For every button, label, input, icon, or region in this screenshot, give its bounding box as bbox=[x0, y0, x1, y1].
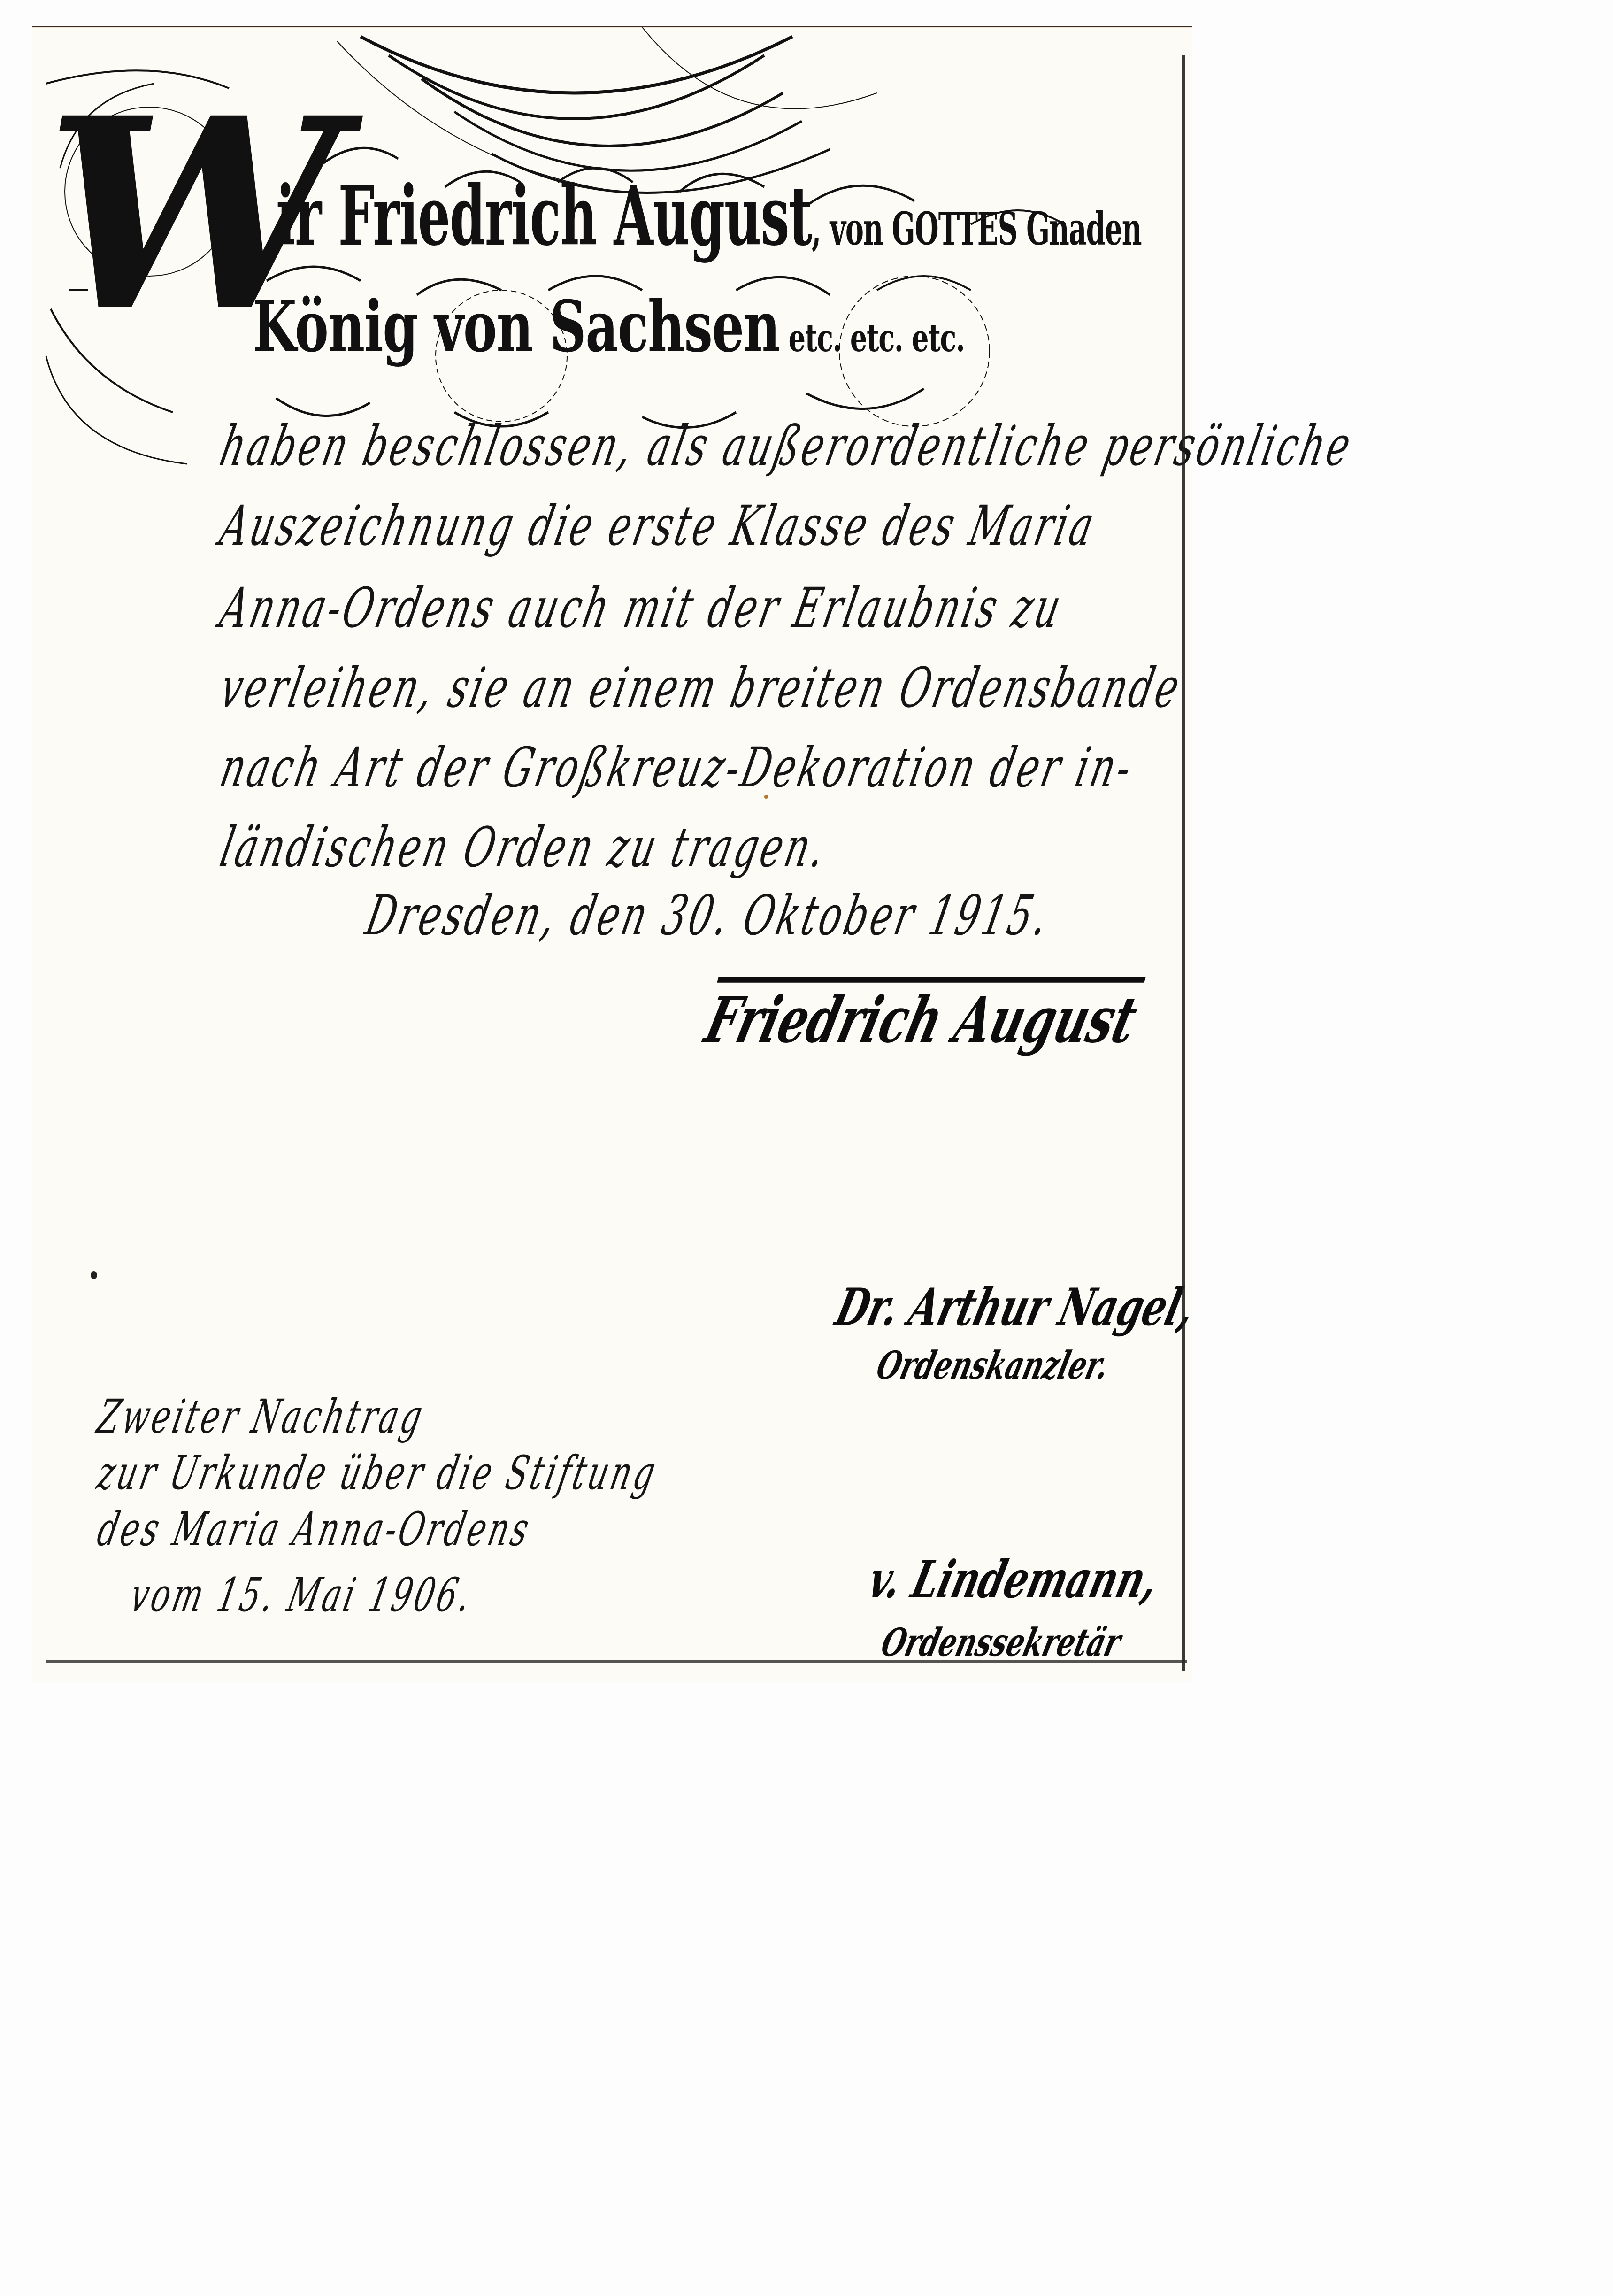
margin-note-line: Zweiter Nachtrag bbox=[93, 1390, 430, 1444]
king-signature: Friedrich August bbox=[699, 983, 1144, 1057]
bottom-border-rule bbox=[46, 1660, 1187, 1663]
decree-heading-line-2: König von Sachsen etc. etc. etc. bbox=[253, 285, 965, 368]
decree-body-line: nach Art der Großkreuz-Dekoration der in… bbox=[215, 736, 1140, 800]
decree-heading-by-grace-of-god: , von GOTTES Gnaden bbox=[812, 203, 1141, 255]
decree-heading-line-1: ir Friedrich August, von GOTTES Gnaden bbox=[276, 168, 1141, 264]
decree-heading-royal-title: König von Sachsen bbox=[253, 285, 780, 368]
margin-note-line: des Maria Anna-Ordens bbox=[93, 1502, 536, 1557]
decree-body-line: Anna-Ordens auch mit der Erlaubnis zu bbox=[215, 577, 1069, 640]
ink-speck bbox=[91, 1271, 97, 1279]
decree-body-line: haben beschlossen, als außerordentliche … bbox=[215, 415, 1359, 478]
chancellor-title: Ordenskanzler. bbox=[872, 1343, 1114, 1388]
decree-body-line: ländischen Orden zu tragen. bbox=[215, 816, 833, 879]
right-border-rule bbox=[1182, 55, 1185, 1671]
decree-heading-sovereign-name: ir Friedrich August bbox=[276, 168, 812, 264]
stain-speck bbox=[764, 795, 768, 799]
decree-heading-etc: etc. etc. etc. bbox=[780, 316, 965, 360]
place-and-date: Dresden, den 30. Oktober 1915. bbox=[361, 884, 1056, 948]
margin-note-line: vom 15. Mai 1906. bbox=[126, 1568, 478, 1623]
secretary-signature: v. Lindemann, bbox=[863, 1550, 1165, 1610]
margin-note-line: zur Urkunde über die Stiftung bbox=[93, 1446, 663, 1501]
decree-body-line: verleihen, sie an einem breiten Ordensba… bbox=[215, 656, 1187, 720]
decree-body-line: Auszeichnung die erste Klasse des Maria bbox=[215, 494, 1102, 558]
secretary-title: Ordenssekretär bbox=[877, 1620, 1125, 1665]
chancellor-signature: Dr. Arthur Nagel, bbox=[830, 1278, 1201, 1338]
document-sheet: W ir Friedrich August, von GOTTES Gnaden… bbox=[32, 26, 1192, 1681]
